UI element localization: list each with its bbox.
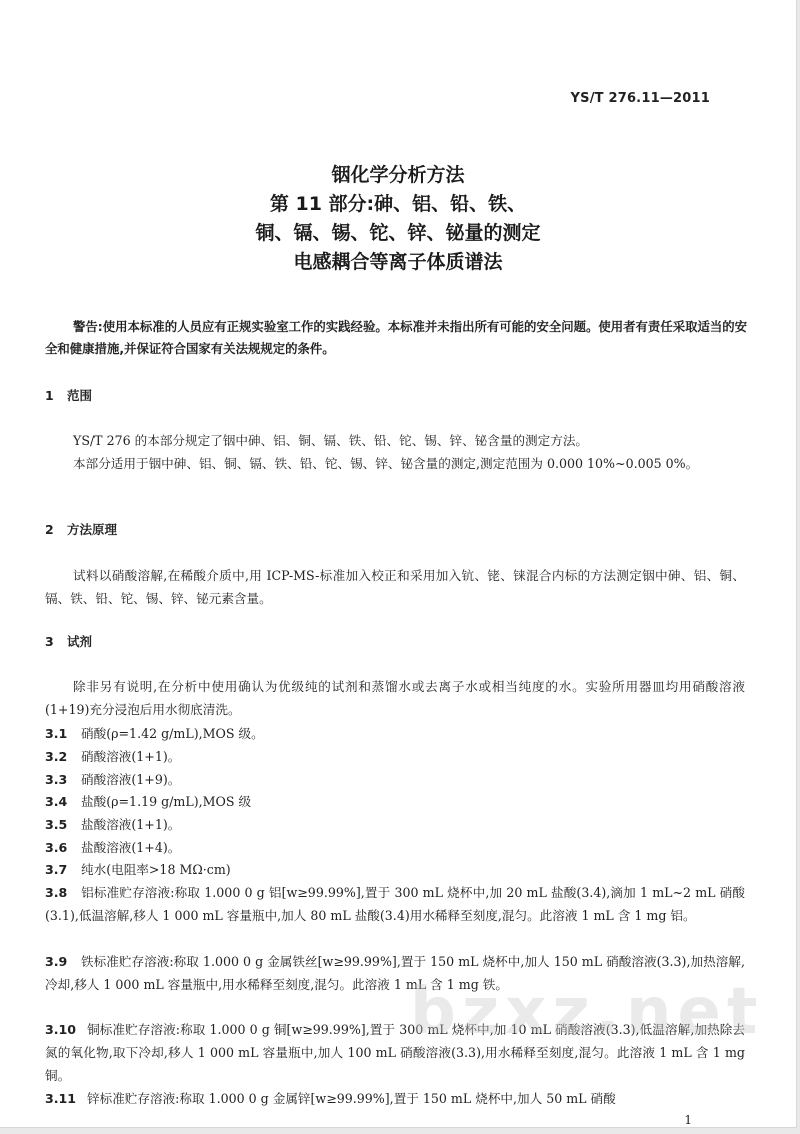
reagent-item: 3.11锌标准贮存溶液:称取 1.000 0 g 金属锌[w≥99.99%],置… bbox=[45, 1087, 745, 1110]
section-number: 3 bbox=[45, 634, 67, 649]
reagent-item: 3.8铝标准贮存溶液:称取 1.000 0 g 铝[w≥99.99%],置于 3… bbox=[45, 881, 745, 927]
reagent-item: 3.3硝酸溶液(1+9)。 bbox=[45, 768, 745, 791]
section-heading-principle: 2方法原理 bbox=[45, 520, 117, 538]
paragraph: 本部分适用于铟中砷、铝、铜、镉、铁、铅、铊、锡、锌、铋含量的测定,测定范围为 0… bbox=[45, 452, 745, 475]
item-text: 盐酸溶液(1+1)。 bbox=[81, 817, 180, 832]
item-text: 铁标准贮存溶液:称取 1.000 0 g 金属铁丝[w≥99.99%],置于 1… bbox=[45, 954, 745, 992]
document-page: YS/T 276.11—2011 铟化学分析方法 第 11 部分:砷、铝、铅、铁… bbox=[0, 0, 797, 1128]
item-text: 锌标准贮存溶液:称取 1.000 0 g 金属锌[w≥99.99%],置于 15… bbox=[87, 1091, 616, 1106]
reagent-item: 3.2硝酸溶液(1+1)。 bbox=[45, 745, 745, 768]
section-heading-reagents: 3试剂 bbox=[45, 632, 92, 650]
reagent-item: 3.6盐酸溶液(1+4)。 bbox=[45, 836, 745, 859]
reagent-item: 3.4盐酸(ρ=1.19 g/mL),MOS 级 bbox=[45, 790, 745, 813]
warning-notice: 警告:使用本标准的人员应有正规实验室工作的实践经验。本标准并未指出所有可能的安全… bbox=[45, 316, 750, 360]
section-title: 范围 bbox=[67, 388, 92, 403]
item-number: 3.1 bbox=[45, 722, 81, 745]
reagent-item: 3.7纯水(电阻率>18 MΩ·cm) bbox=[45, 858, 745, 881]
item-text: 硝酸溶液(1+9)。 bbox=[81, 772, 180, 787]
item-text: 铝标准贮存溶液:称取 1.000 0 g 铝[w≥99.99%],置于 300 … bbox=[45, 885, 745, 923]
item-number: 3.11 bbox=[45, 1087, 87, 1110]
paragraph: YS/T 276 的本部分规定了铟中砷、铝、铜、镉、铁、铅、铊、锡、锌、铋含量的… bbox=[45, 429, 745, 452]
reagent-item: 3.1硝酸(ρ=1.42 g/mL),MOS 级。 bbox=[45, 722, 745, 745]
item-number: 3.6 bbox=[45, 836, 81, 859]
section-title: 试剂 bbox=[67, 634, 92, 649]
item-text: 纯水(电阻率>18 MΩ·cm) bbox=[81, 862, 231, 877]
section-heading-scope: 1范围 bbox=[45, 386, 92, 404]
item-number: 3.2 bbox=[45, 745, 81, 768]
item-number: 3.4 bbox=[45, 790, 81, 813]
title-line: 第 11 部分:砷、铝、铅、铁、 bbox=[0, 190, 796, 219]
reagent-item: 3.5盐酸溶液(1+1)。 bbox=[45, 813, 745, 836]
item-text: 硝酸溶液(1+1)。 bbox=[81, 749, 180, 764]
item-number: 3.9 bbox=[45, 950, 81, 973]
item-number: 3.3 bbox=[45, 768, 81, 791]
item-number: 3.8 bbox=[45, 881, 81, 904]
title-line: 电感耦合等离子体质谱法 bbox=[0, 248, 796, 277]
item-text: 盐酸(ρ=1.19 g/mL),MOS 级 bbox=[81, 794, 251, 809]
reagent-item: 3.10铜标准贮存溶液:称取 1.000 0 g 铜[w≥99.99%],置于 … bbox=[45, 1018, 745, 1087]
item-text: 盐酸溶液(1+4)。 bbox=[81, 840, 180, 855]
paragraph: 除非另有说明,在分析中使用确认为优级纯的试剂和蒸馏水或去离子水或相当纯度的水。实… bbox=[45, 675, 745, 721]
item-number: 3.7 bbox=[45, 858, 81, 881]
standard-code: YS/T 276.11—2011 bbox=[571, 91, 710, 106]
item-text: 铜标准贮存溶液:称取 1.000 0 g 铜[w≥99.99%],置于 300 … bbox=[45, 1022, 745, 1083]
item-number: 3.5 bbox=[45, 813, 81, 836]
title-line: 铟化学分析方法 bbox=[0, 161, 796, 190]
page-number: 1 bbox=[684, 1113, 692, 1127]
item-text: 硝酸(ρ=1.42 g/mL),MOS 级。 bbox=[81, 726, 264, 741]
section-number: 1 bbox=[45, 388, 67, 403]
section-title: 方法原理 bbox=[67, 522, 117, 537]
section-number: 2 bbox=[45, 522, 67, 537]
paragraph: 试料以硝酸溶解,在稀酸介质中,用 ICP-MS-标准加入校正和采用加入钪、铑、铼… bbox=[45, 564, 745, 610]
item-number: 3.10 bbox=[45, 1018, 87, 1041]
title-line: 铜、镉、锡、铊、锌、铋量的测定 bbox=[0, 219, 796, 248]
document-title: 铟化学分析方法 第 11 部分:砷、铝、铅、铁、 铜、镉、锡、铊、锌、铋量的测定… bbox=[0, 161, 796, 277]
reagent-item: 3.9铁标准贮存溶液:称取 1.000 0 g 金属铁丝[w≥99.99%],置… bbox=[45, 950, 745, 996]
